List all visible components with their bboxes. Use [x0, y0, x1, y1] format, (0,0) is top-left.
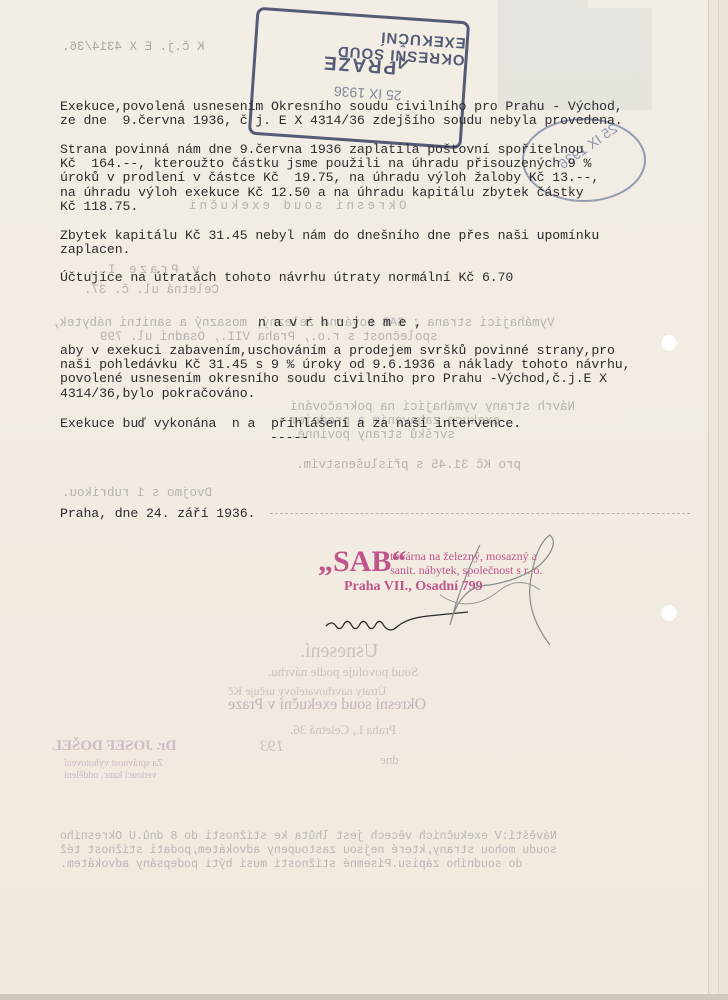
text-line: Zbytek kapitálu Kč 31.45 nebyl nám do dn…: [60, 228, 599, 243]
text-line: 4314/36,bylo pokračováno.: [60, 386, 255, 401]
text-line: Kč 164.--, kteroužto částku jsme použili…: [60, 156, 591, 171]
text-line: úroků v prodlení v částce Kč 19.75, na ú…: [60, 170, 599, 185]
ghost-text: vedoucí kanc. oddělení: [64, 770, 156, 781]
text-line: aby v exekuci zabavením,uschováním a pro…: [60, 343, 615, 358]
ghost-text: Za správnost vyhotovení: [64, 758, 163, 769]
text-line: povolené usnesením okresního soudu civil…: [60, 371, 607, 386]
punch-hole-top: [660, 334, 678, 352]
date-line: Praha, dne 24. září 1936.: [60, 507, 255, 521]
ghost-notice: Návěští:V exekučních věcech jest lhůta k…: [60, 830, 557, 844]
ghost-notice: soudu mohou strany,které nejsou zastoupe…: [60, 844, 557, 858]
paragraph-costs: Účtujíce na útratách tohoto návrhu útrat…: [60, 271, 513, 285]
proposal-heading: n a v r h u j e m e ,: [258, 316, 422, 330]
paragraph-execution: Exekuce,povolená usnesením Okresního sou…: [60, 100, 623, 128]
text-line: Kč 118.75.: [60, 199, 138, 214]
punch-hole-bottom: [660, 604, 678, 622]
underline-dashes: -----: [270, 431, 309, 445]
revenue-stamp-ghost: [498, 0, 588, 110]
ghost-text: Praha I., Celetná 36.: [290, 722, 396, 738]
ghost-stamp-name: Dr. JOSEF DOŠEL: [52, 738, 176, 755]
ghost-text: společnost s r.o., Praha VII., Osadní ul…: [100, 330, 438, 344]
ghost-notice: do soudního zápisu.Písemné stížnosti mus…: [60, 858, 522, 872]
ghost-text: Soud povoluje podle návrhu.: [268, 664, 418, 680]
signature-pencil: [420, 535, 620, 655]
ghost-text: pro Kč 31.45 s příslušenstvím.: [296, 458, 521, 472]
paragraph-proposal: aby v exekuci zabavením,uschováním a pro…: [60, 344, 630, 401]
ghost-text: 193: [260, 738, 284, 756]
ghost-text: Okresní soud exekuční v Praze: [228, 696, 426, 714]
text-line: na úhradu výloh exekuce Kč 12.50 a na úh…: [60, 185, 584, 200]
ghost-text: Usnesení.: [300, 640, 378, 663]
text-line: naši pohledávku Kč 31.45 s 9 % úroky od …: [60, 357, 630, 372]
paragraph-payment: Strana povinná nám dne 9.června 1936 zap…: [60, 143, 599, 214]
dashed-rule: [270, 513, 690, 514]
court-stamp-line2: PRAZE: [321, 50, 397, 77]
ghost-text: Dvojmo s 1 rubrikou.: [62, 486, 212, 500]
text-line: Strana povinná nám dne 9.června 1936 zap…: [60, 142, 584, 157]
paper-bottom-edge: [0, 994, 728, 1000]
ghost-text: dne: [380, 752, 399, 768]
case-reference-mirrored: K č.j. E X 4314/36.: [62, 40, 205, 54]
revenue-stamp-ghost-2: [588, 8, 652, 110]
paragraph-remaining-capital: Zbytek kapitálu Kč 31.45 nebyl nám do dn…: [60, 229, 599, 257]
ghost-text: Návrh strany vymáhající na pokračování: [290, 400, 575, 414]
paper-edge-line: [718, 0, 719, 1000]
text-line: zaplacen.: [60, 242, 130, 257]
text-line: Exekuce,povolená usnesením Okresního sou…: [60, 99, 623, 114]
text-line: ze dne 9.června 1936, č j. E X 4314/36 z…: [60, 113, 623, 128]
